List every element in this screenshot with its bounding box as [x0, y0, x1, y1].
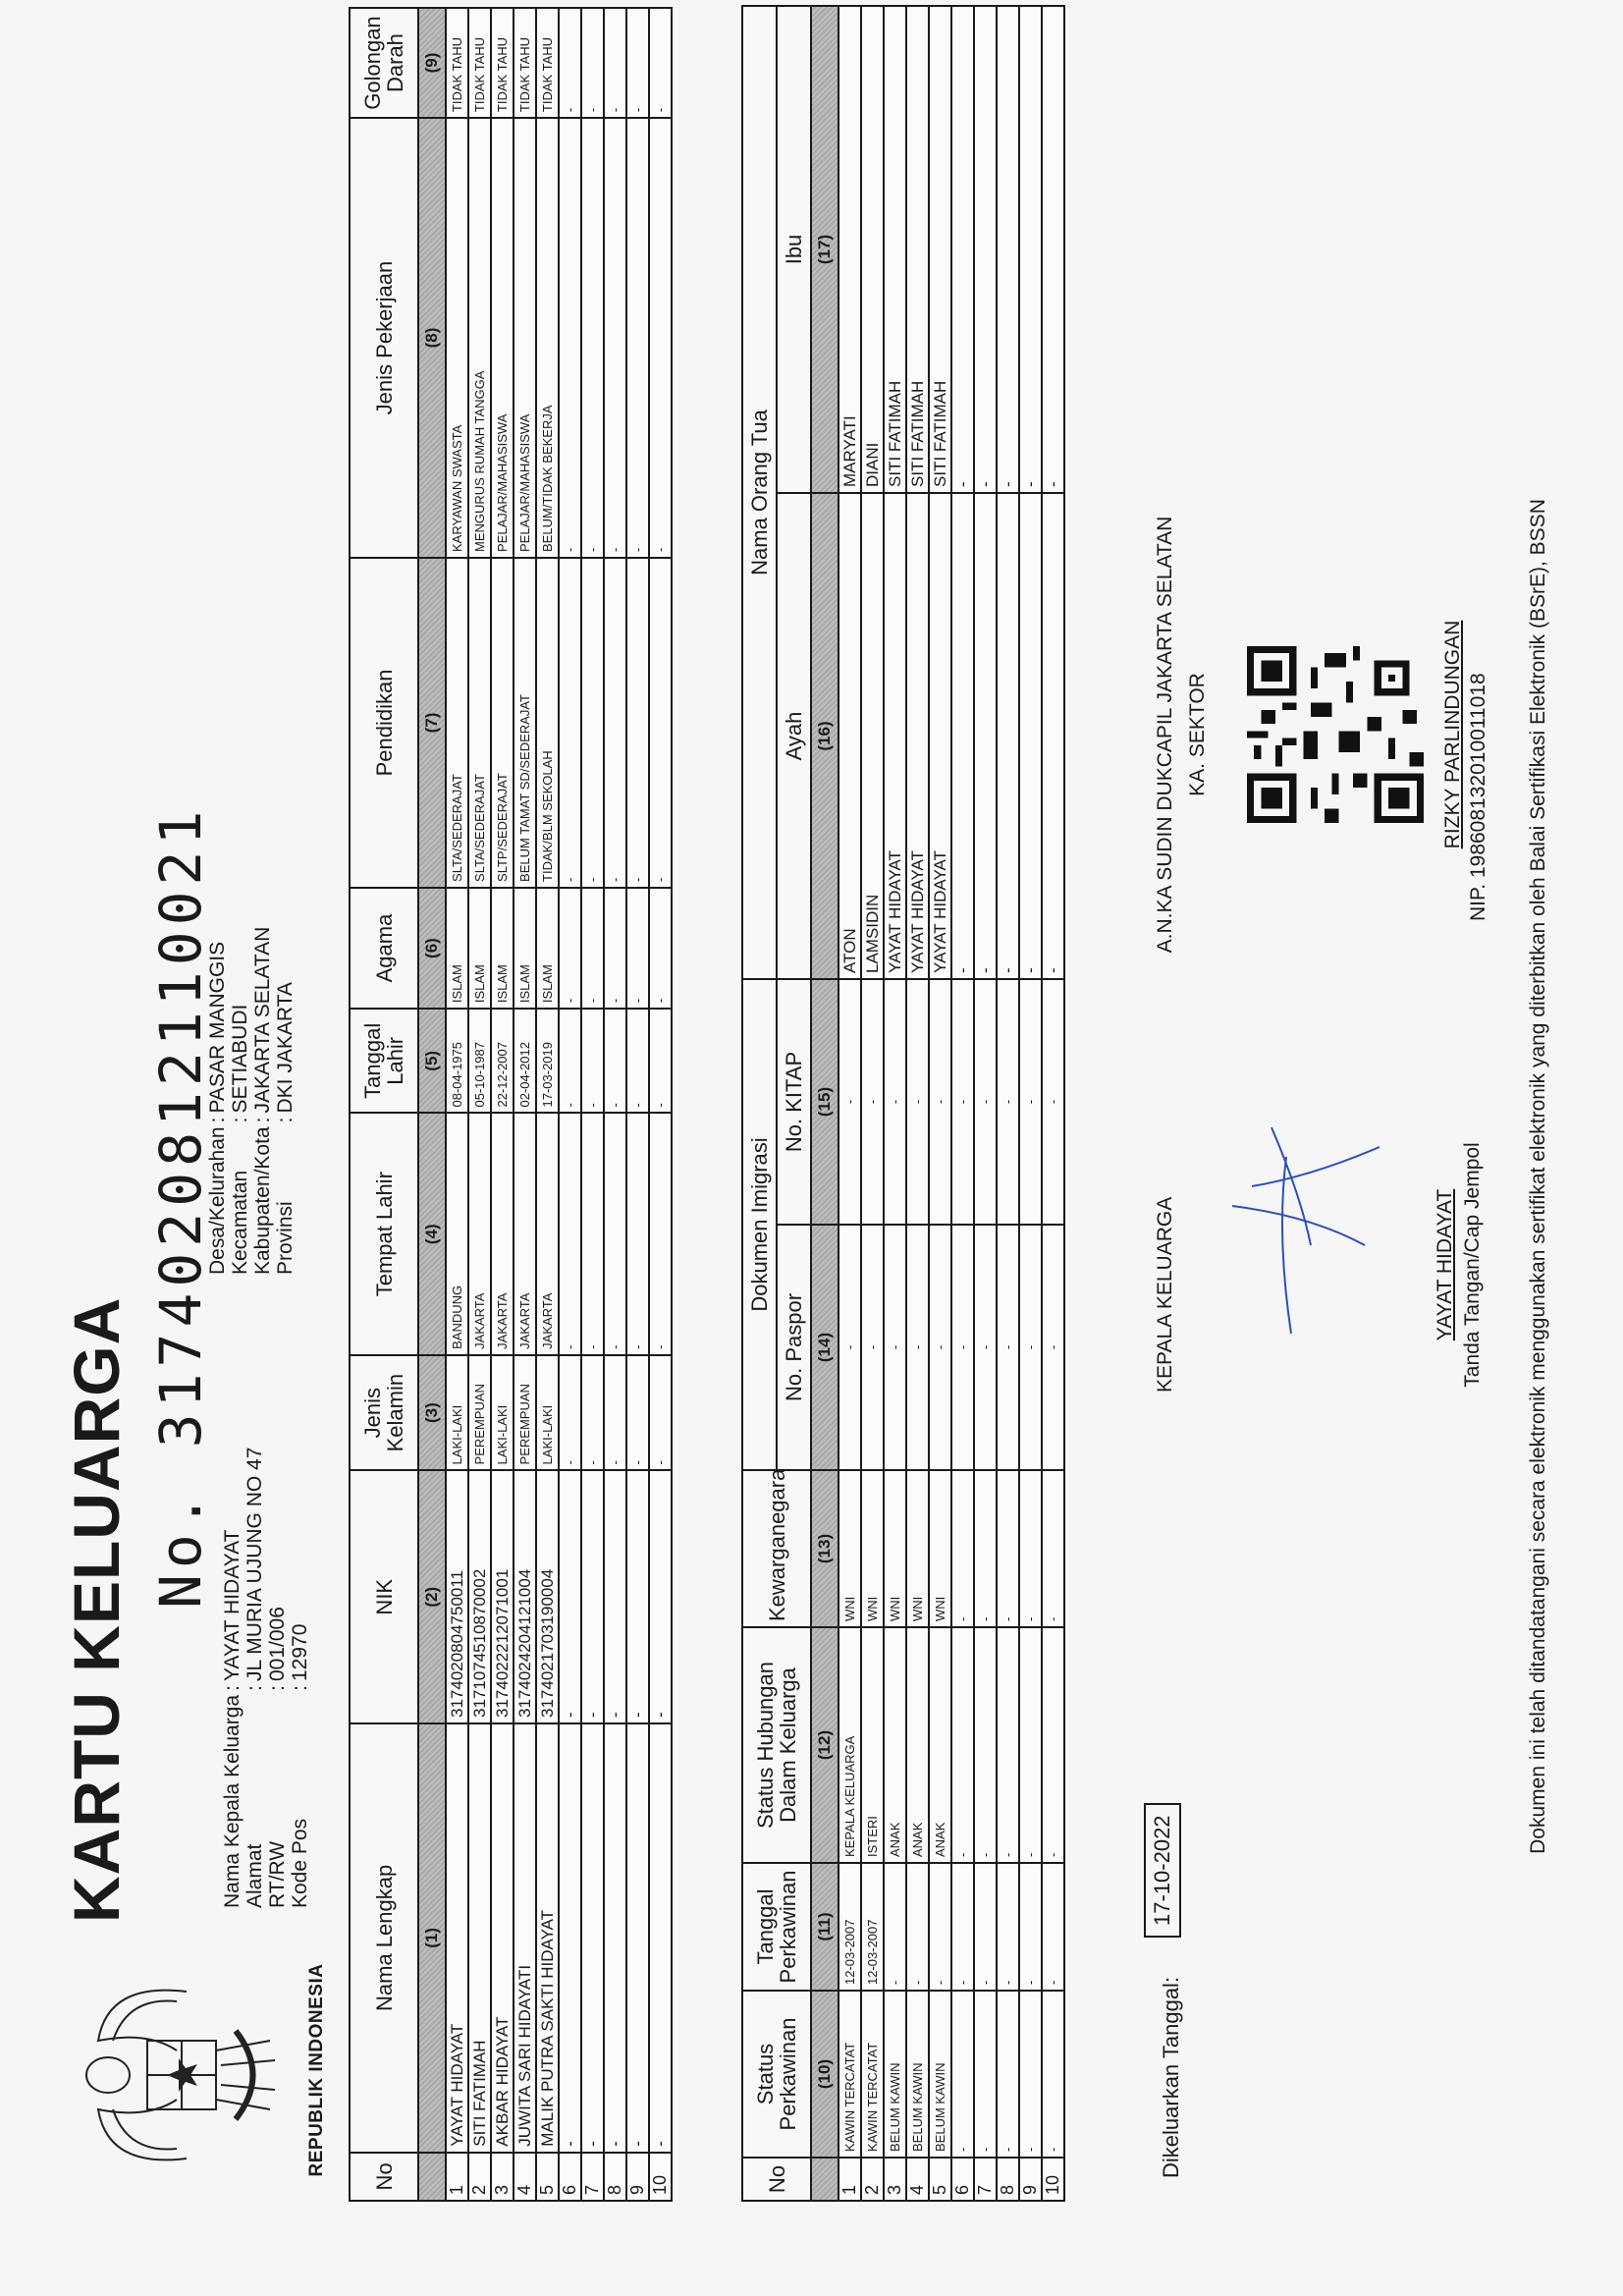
table-cell: 9	[1019, 2158, 1042, 2201]
col-number: (11)	[811, 1863, 839, 1991]
table-cell: -	[649, 558, 672, 888]
table-cell: -	[1019, 1470, 1042, 1627]
col-header-no-paspor: No. Paspor	[777, 1225, 811, 1470]
col-header-7: Agama	[350, 888, 418, 1009]
col-number: (5)	[418, 1009, 446, 1113]
table-cell: -	[951, 1991, 974, 2158]
table-cell: -	[649, 888, 672, 1009]
table-cell: -	[1019, 1225, 1042, 1470]
table-cell: 12-03-2007	[861, 1863, 884, 1991]
issued-date-value: 17-10-2022	[1144, 1803, 1181, 1938]
table-cell: 2	[468, 2153, 491, 2201]
table-cell: -	[1042, 1627, 1064, 1863]
table-cell: 3174024204121004	[514, 1470, 536, 1723]
table-cell: YAYAT HIDAYAT	[929, 493, 951, 979]
table-cell: -	[997, 1470, 1019, 1627]
table-row: 1KAWIN TERCATAT12-03-2007KEPALA KELUARGA…	[839, 6, 861, 2201]
info-value: YAYAT HIDAYAT	[221, 1444, 243, 1681]
table-cell: -	[884, 979, 906, 1225]
table-cell: -	[1042, 6, 1064, 493]
table-cell: -	[997, 1991, 1019, 2158]
table-cell: -	[604, 8, 626, 118]
table-cell: -	[951, 1470, 974, 1627]
table-cell: PEREMPUAN	[468, 1355, 491, 1471]
table-cell: SLTA/SEDERAJAT	[446, 558, 468, 888]
table-cell: -	[626, 1009, 649, 1113]
table-cell: 5	[929, 2158, 951, 2201]
table-row: 2KAWIN TERCATAT12-03-2007ISTERIWNI--LAMS…	[861, 6, 884, 2201]
table-cell: -	[581, 1009, 604, 1113]
col-number: (6)	[418, 888, 446, 1009]
table-cell: -	[839, 1225, 861, 1470]
table-cell: 3174022212071001	[491, 1470, 514, 1723]
table-cell: 12-03-2007	[839, 1863, 861, 1991]
table-cell: -	[649, 1470, 672, 1723]
table-cell: 9	[626, 2153, 649, 2201]
col-header-4: Jenis Kelamin	[350, 1355, 418, 1471]
table-cell: 05-10-1987	[468, 1009, 491, 1113]
info-label: RT/RW	[266, 1691, 289, 1908]
official-subtitle: KA. SEKTOR	[1186, 587, 1210, 882]
col-number: (10)	[811, 1991, 839, 2158]
col-number: (14)	[811, 1225, 839, 1470]
table-cell: -	[974, 1225, 997, 1470]
table-cell: -	[974, 6, 997, 493]
table-cell: -	[626, 118, 649, 558]
col-number: (17)	[811, 6, 839, 493]
table-cell: 22-12-2007	[491, 1009, 514, 1113]
table-cell: KAWIN TERCATAT	[861, 1991, 884, 2158]
table-cell: PEREMPUAN	[514, 1355, 536, 1471]
col-header-ayah: Ayah	[777, 493, 811, 979]
table-cell: YAYAT HIDAYAT	[446, 1723, 468, 2153]
table-cell: 1	[446, 2153, 468, 2201]
table-cell: BELUM TAMAT SD/SEDERAJAT	[514, 558, 536, 888]
table-cell: -	[1019, 1991, 1042, 2158]
table-cell: WNI	[906, 1470, 929, 1627]
table-cell: -	[951, 6, 974, 493]
table-row: 1YAYAT HIDAYAT3174020804750011LAKI-LAKIB…	[446, 8, 468, 2201]
table-cell: -	[929, 979, 951, 1225]
document-title: KARTU KELUARGA	[59, 1297, 134, 1923]
col-header-8: Pendidikan	[350, 558, 418, 888]
table-cell: 8	[997, 2158, 1019, 2201]
household-info-left: Nama Kepala Keluarga:YAYAT HIDAYAT Alama…	[221, 1444, 311, 1908]
table-cell: BELUM/TIDAK BEKERJA	[536, 118, 559, 558]
table-cell: 7	[581, 2153, 604, 2201]
table-cell: 2	[861, 2158, 884, 2201]
table-cell: -	[604, 1009, 626, 1113]
table-cell: 10	[1042, 2158, 1064, 2201]
table-cell: 6	[559, 2153, 581, 2201]
table-cell: -	[974, 979, 997, 1225]
table-cell: -	[1019, 979, 1042, 1225]
table-cell: -	[559, 1470, 581, 1723]
table-cell: -	[951, 493, 974, 979]
table-cell: KAWIN TERCATAT	[839, 1991, 861, 2158]
table-row: 2SITI FATIMAH3171074510870002PEREMPUANJA…	[468, 8, 491, 2201]
table-cell: WNI	[929, 1470, 951, 1627]
table-cell: -	[559, 1009, 581, 1113]
table-cell: -	[974, 493, 997, 979]
col-header-ibu: Ibu	[777, 6, 811, 493]
info-value: 12970	[289, 1444, 311, 1681]
official-title: A.N.KA SUDIN DUKCAPIL JAKARTA SELATAN	[1154, 293, 1177, 1176]
table-cell: -	[581, 118, 604, 558]
table-cell: 3174021703190004	[536, 1470, 559, 1723]
info-value: 001/006	[266, 1444, 289, 1681]
table-cell: SITI FATIMAH	[468, 1723, 491, 2153]
table-cell: -	[604, 118, 626, 558]
official-name: RIZKY PARLINDUNGAN	[1441, 548, 1465, 921]
table-cell: -	[951, 1863, 974, 1991]
table-cell: -	[559, 1114, 581, 1355]
family-card-number: No. 3174020812110021	[147, 805, 214, 1609]
table-row: 6---------	[559, 8, 581, 2201]
table-cell: -	[974, 1991, 997, 2158]
table-cell: ISTERI	[861, 1627, 884, 1863]
table-cell: -	[604, 558, 626, 888]
col-header-2: Nama Lengkap	[350, 1723, 418, 2153]
table-cell: -	[1042, 979, 1064, 1225]
signature-caption: Tanda Tangan/Cap Jempol	[1461, 1078, 1485, 1451]
table-cell: -	[1042, 1863, 1064, 1991]
table-row: 8--------	[997, 6, 1019, 2201]
table-row: 5MALIK PUTRA SAKTI HIDAYAT31740217031900…	[536, 8, 559, 2201]
table-cell: -	[604, 1114, 626, 1355]
table-cell: 08-04-1975	[446, 1009, 468, 1113]
table-cell: -	[559, 1723, 581, 2153]
col-header-3: NIK	[350, 1470, 418, 1723]
table-cell: -	[997, 1627, 1019, 1863]
table-cell: KEPALA KELUARGA	[839, 1627, 861, 1863]
issued-date-label: Dikeluarkan Tanggal:	[1159, 1977, 1184, 2178]
table-cell: SITI FATIMAH	[906, 6, 929, 493]
table-cell: TIDAK TAHU	[491, 8, 514, 118]
table-cell: -	[1042, 1470, 1064, 1627]
table-cell: -	[649, 1355, 672, 1471]
col-header-status-perkawinan: Status Perkawinan	[742, 1991, 811, 2158]
table-cell: ISLAM	[446, 888, 468, 1009]
electronic-signature-note: Dokumen ini telah ditandatangani secara …	[1527, 342, 1550, 2011]
table-row: 3AKBAR HIDAYAT3174022212071001LAKI-LAKIJ…	[491, 8, 514, 2201]
col-header-status-hubungan: Status Hubungan Dalam Keluarga	[742, 1627, 811, 1863]
table-cell: -	[884, 1863, 906, 1991]
table-cell: 7	[974, 2158, 997, 2201]
table-cell: LAKI-LAKI	[536, 1355, 559, 1471]
table-cell: TIDAK TAHU	[468, 8, 491, 118]
garuda-emblem-icon	[69, 1972, 304, 2178]
table-cell: -	[559, 888, 581, 1009]
signature-scribble-icon	[1193, 1098, 1389, 1353]
table-cell: -	[1019, 493, 1042, 979]
table-cell: -	[884, 1225, 906, 1470]
table-cell: MARYATI	[839, 6, 861, 493]
table-cell: -	[649, 1723, 672, 2153]
table-cell: SITI FATIMAH	[929, 6, 951, 493]
table-cell: -	[604, 1355, 626, 1471]
table-cell: -	[997, 6, 1019, 493]
table-cell: 4	[906, 2158, 929, 2201]
table-cell: -	[626, 1723, 649, 2153]
col-header-no: No	[742, 2158, 811, 2201]
qr-code-icon	[1247, 646, 1424, 823]
table-cell: BELUM KAWIN	[929, 1991, 951, 2158]
table-cell: JAKARTA	[468, 1114, 491, 1355]
table-row: 10--------	[1042, 6, 1064, 2201]
table-cell: JAKARTA	[514, 1114, 536, 1355]
table-cell: -	[626, 8, 649, 118]
col-number: (4)	[418, 1114, 446, 1355]
table-cell: WNI	[861, 1470, 884, 1627]
table-cell: -	[1019, 6, 1042, 493]
col-header-10: Golongan Darah	[350, 8, 418, 118]
table-cell: -	[581, 1114, 604, 1355]
table-cell: -	[581, 1723, 604, 2153]
table-cell: YAYAT HIDAYAT	[884, 493, 906, 979]
table-cell: PELAJAR/MAHASISWA	[491, 118, 514, 558]
table-cell: AKBAR HIDAYAT	[491, 1723, 514, 2153]
col-header-5: Tempat Lahir	[350, 1114, 418, 1355]
table-cell: DIANI	[861, 6, 884, 493]
table-cell: -	[604, 1723, 626, 2153]
table-cell: SITI FATIMAH	[884, 6, 906, 493]
table-cell: -	[974, 1863, 997, 1991]
info-value: JL MURIA UJUNG NO 47	[243, 1444, 266, 1681]
table-cell: -	[997, 493, 1019, 979]
table-cell: -	[839, 979, 861, 1225]
info-label: Kabupaten/Kota	[251, 1122, 274, 1275]
table-cell: -	[649, 1009, 672, 1113]
info-value: DKI JAKARTA	[274, 923, 297, 1114]
table-cell: -	[559, 1355, 581, 1471]
table-cell: -	[559, 558, 581, 888]
members-table: NoNama LengkapNIKJenis KelaminTempat Lah…	[349, 7, 673, 2202]
table-cell: -	[1019, 1863, 1042, 1991]
col-number: (16)	[811, 493, 839, 979]
table-cell: -	[649, 1114, 672, 1355]
table-cell: 3	[884, 2158, 906, 2201]
table-cell: -	[929, 1863, 951, 1991]
table-cell: -	[951, 979, 974, 1225]
table-cell: LAKI-LAKI	[491, 1355, 514, 1471]
table-row: 7---------	[581, 8, 604, 2201]
col-number: (1)	[418, 1723, 446, 2153]
table-cell: ISLAM	[514, 888, 536, 1009]
table-cell: SLTA/SEDERAJAT	[468, 558, 491, 888]
table-row: 4BELUM KAWIN-ANAKWNI--YAYAT HIDAYATSITI …	[906, 6, 929, 2201]
number-value: 3174020812110021	[147, 805, 214, 1449]
table-cell: -	[626, 558, 649, 888]
table-cell: -	[951, 1225, 974, 1470]
table-cell: ANAK	[884, 1627, 906, 1863]
col-header-kewarganegaraan: Kewarganegaraan	[742, 1470, 811, 1627]
table-cell: WNI	[884, 1470, 906, 1627]
col-header-1: No	[350, 2153, 418, 2201]
table-cell: -	[581, 888, 604, 1009]
info-label: Provinsi	[274, 1122, 297, 1275]
table-cell: ISLAM	[536, 888, 559, 1009]
table-cell: -	[649, 118, 672, 558]
info-label: Desa/Kelurahan	[206, 1122, 229, 1275]
table-cell: -	[581, 1355, 604, 1471]
table-cell: -	[581, 1470, 604, 1723]
table-row: 7--------	[974, 6, 997, 2201]
table-cell: ISLAM	[491, 888, 514, 1009]
table-cell: 8	[604, 2153, 626, 2201]
table-cell: -	[649, 8, 672, 118]
table-cell: 3171074510870002	[468, 1470, 491, 1723]
table-cell: BELUM KAWIN	[906, 1991, 929, 2158]
head-of-family-name: YAYAT HIDAYAT	[1434, 1118, 1457, 1412]
members-status-table: No Status Perkawinan Tanggal Perkawinan …	[741, 5, 1065, 2202]
table-cell: JAKARTA	[491, 1114, 514, 1355]
republic-caption: REPUBLIK INDONESIA	[306, 1942, 328, 2198]
table-cell: -	[604, 888, 626, 1009]
table-cell: -	[906, 979, 929, 1225]
table-cell: -	[626, 1470, 649, 1723]
col-header-tanggal-perkawinan: Tanggal Perkawinan	[742, 1863, 811, 1991]
table-cell: -	[906, 1225, 929, 1470]
table-cell: ISLAM	[468, 888, 491, 1009]
info-value: SETIABUDI	[229, 923, 251, 1114]
table-cell: -	[1042, 493, 1064, 979]
table-cell: LAKI-LAKI	[446, 1355, 468, 1471]
col-number	[811, 2158, 839, 2201]
info-label: Kode Pos	[289, 1691, 311, 1908]
table-cell: WNI	[839, 1470, 861, 1627]
col-number: (3)	[418, 1355, 446, 1471]
col-number: (7)	[418, 558, 446, 888]
table-cell: 10	[649, 2153, 672, 2201]
table-cell: -	[951, 1627, 974, 1863]
table-cell: -	[974, 1470, 997, 1627]
col-header-nama-orang-tua: Nama Orang Tua	[742, 6, 777, 979]
table-cell: 3174020804750011	[446, 1470, 468, 1723]
table-row: 4JUWITA SARI HIDAYATI3174024204121004PER…	[514, 8, 536, 2201]
table-cell: -	[861, 1225, 884, 1470]
table-cell: -	[906, 1863, 929, 1991]
table-row: 9---------	[626, 8, 649, 2201]
table-cell: -	[581, 8, 604, 118]
table-cell: 17-03-2019	[536, 1009, 559, 1113]
table-row: 5BELUM KAWIN-ANAKWNI--YAYAT HIDAYATSITI …	[929, 6, 951, 2201]
info-label: Nama Kepala Keluarga	[221, 1691, 243, 1908]
info-label: Kecamatan	[229, 1122, 251, 1275]
table-cell: JUWITA SARI HIDAYATI	[514, 1723, 536, 2153]
table-row: 9--------	[1019, 6, 1042, 2201]
col-number: (8)	[418, 118, 446, 558]
household-info-right: Desa/Kelurahan:PASAR MANGGIS Kecamatan:S…	[206, 923, 297, 1275]
table-cell: PELAJAR/MAHASISWA	[514, 118, 536, 558]
table-cell: TIDAK TAHU	[536, 8, 559, 118]
table-cell: -	[929, 1225, 951, 1470]
table-cell: BELUM KAWIN	[884, 1991, 906, 2158]
number-prefix: No.	[147, 1488, 214, 1609]
table-cell: -	[997, 1225, 1019, 1470]
table-cell: JAKARTA	[536, 1114, 559, 1355]
table-cell: -	[974, 1627, 997, 1863]
col-header-dokumen-imigrasi: Dokumen Imigrasi	[742, 979, 777, 1470]
table-cell: 3	[491, 2153, 514, 2201]
col-number	[418, 2153, 446, 2201]
table-cell: ANAK	[929, 1627, 951, 1863]
table-cell: -	[861, 979, 884, 1225]
col-number: (15)	[811, 979, 839, 1225]
table-cell: -	[559, 8, 581, 118]
col-header-6: Tanggal Lahir	[350, 1009, 418, 1113]
table-cell: 6	[951, 2158, 974, 2201]
info-value: PASAR MANGGIS	[206, 923, 229, 1114]
table-cell: SLTP/SEDERAJAT	[491, 558, 514, 888]
col-number: (9)	[418, 8, 446, 118]
col-header-no-kitap: No. KITAP	[777, 979, 811, 1225]
table-cell: -	[559, 118, 581, 558]
table-cell: -	[997, 1863, 1019, 1991]
col-number: (2)	[418, 1470, 446, 1723]
table-row: 10---------	[649, 8, 672, 2201]
col-number: (13)	[811, 1470, 839, 1627]
table-cell: 1	[839, 2158, 861, 2201]
table-cell: MENGURUS RUMAH TANGGA	[468, 118, 491, 558]
table-cell: -	[604, 1470, 626, 1723]
table-cell: -	[1019, 1627, 1042, 1863]
table-cell: -	[626, 1114, 649, 1355]
info-value: JAKARTA SELATAN	[251, 923, 274, 1114]
table-row: 6--------	[951, 6, 974, 2201]
family-card-document: REPUBLIK INDONESIA KARTU KELUARGA No. 31…	[0, 0, 1623, 2296]
table-cell: ANAK	[906, 1627, 929, 1863]
table-cell: KARYAWAN SWASTA	[446, 118, 468, 558]
table-cell: TIDAK TAHU	[446, 8, 468, 118]
table-cell: -	[626, 1355, 649, 1471]
table-cell: 5	[536, 2153, 559, 2201]
head-of-family-title: KEPALA KELUARGA	[1154, 1197, 1177, 1393]
table-row: 8---------	[604, 8, 626, 2201]
table-cell: TIDAK/BLM SEKOLAH	[536, 558, 559, 888]
col-number: (12)	[811, 1627, 839, 1863]
table-cell: LAMSIDIN	[861, 493, 884, 979]
table-cell: TIDAK TAHU	[514, 8, 536, 118]
table-cell: YAYAT HIDAYAT	[906, 493, 929, 979]
table-cell: -	[1042, 1991, 1064, 2158]
table-cell: -	[1042, 1225, 1064, 1470]
table-cell: 02-04-2012	[514, 1009, 536, 1113]
info-label: Alamat	[243, 1691, 266, 1908]
official-nip: NIP. 198608132010011018	[1467, 430, 1490, 921]
table-cell: MALIK PUTRA SAKTI HIDAYAT	[536, 1723, 559, 2153]
table-cell: BANDUNG	[446, 1114, 468, 1355]
table-cell: 4	[514, 2153, 536, 2201]
table-cell: -	[581, 558, 604, 888]
table-cell: -	[997, 979, 1019, 1225]
col-header-9: Jenis Pekerjaan	[350, 118, 418, 558]
table-cell: ATON	[839, 493, 861, 979]
table-row: 3BELUM KAWIN-ANAKWNI--YAYAT HIDAYATSITI …	[884, 6, 906, 2201]
table-cell: -	[626, 888, 649, 1009]
